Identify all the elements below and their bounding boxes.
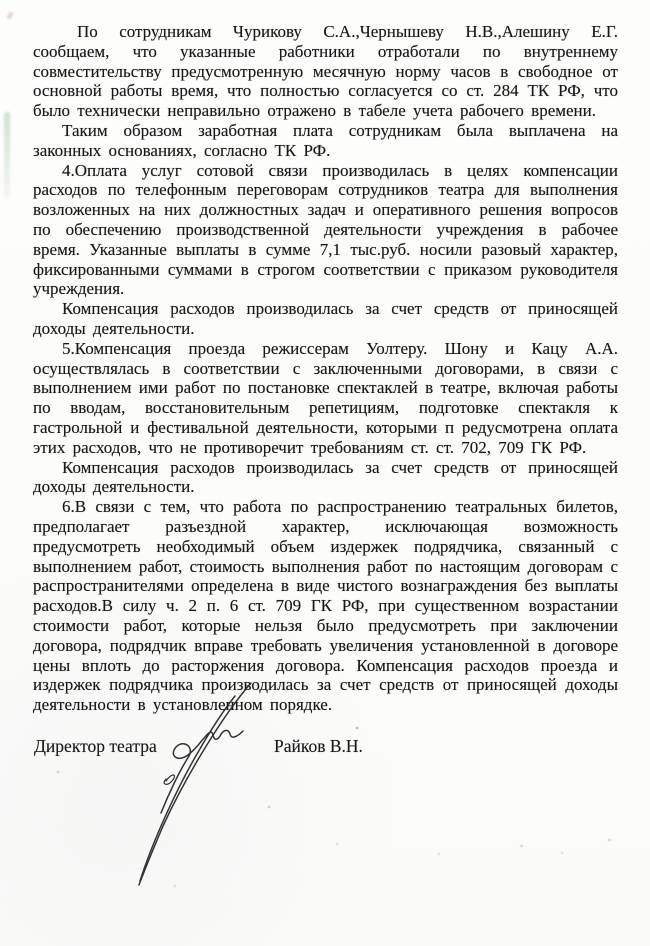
scanned-document-page: По сотрудникам Чурикову С.А.,Чернышеву Н… (0, 0, 650, 946)
scan-noise-speck (608, 839, 611, 841)
scan-noise-speck (57, 771, 59, 773)
scan-noise-speck (336, 843, 338, 845)
paragraph-item5-travel-compensation: 5.Компенсация проезда режиссерам Уолтеру… (33, 339, 618, 458)
paragraph-item5-funding-source: Компенсация расходов производилась за сч… (33, 458, 618, 498)
signer-name: Райков В.Н. (274, 736, 363, 757)
document-body: По сотрудникам Чурикову С.А.,Чернышеву Н… (33, 22, 618, 715)
paragraph-employees-note: По сотрудникам Чурикову С.А.,Чернышеву Н… (33, 22, 618, 121)
paragraph-item4-funding-source: Компенсация расходов производилась за сч… (33, 299, 618, 339)
scan-noise-speck (174, 885, 176, 887)
scan-noise-speck (356, 727, 358, 729)
paragraph-item6-ticket-distribution: 6.В связи с тем, что работа по распростр… (33, 497, 618, 715)
scan-noise-speck (561, 852, 563, 854)
scan-artifact-green-streak (4, 112, 10, 198)
signature-block: Директор театра Райков В.Н. (33, 736, 618, 760)
scan-artifact-pink-speck (7, 11, 14, 19)
scan-noise-speck (268, 806, 270, 808)
scan-noise-speck (438, 853, 440, 855)
paragraph-salary-conclusion: Таким образом заработная плата сотрудник… (33, 121, 618, 161)
paragraph-item4-mobile-payments: 4.Оплата услуг сотовой связи производила… (33, 161, 618, 300)
signer-role-label: Директор театра (34, 736, 157, 757)
scan-noise-speck (520, 845, 523, 847)
